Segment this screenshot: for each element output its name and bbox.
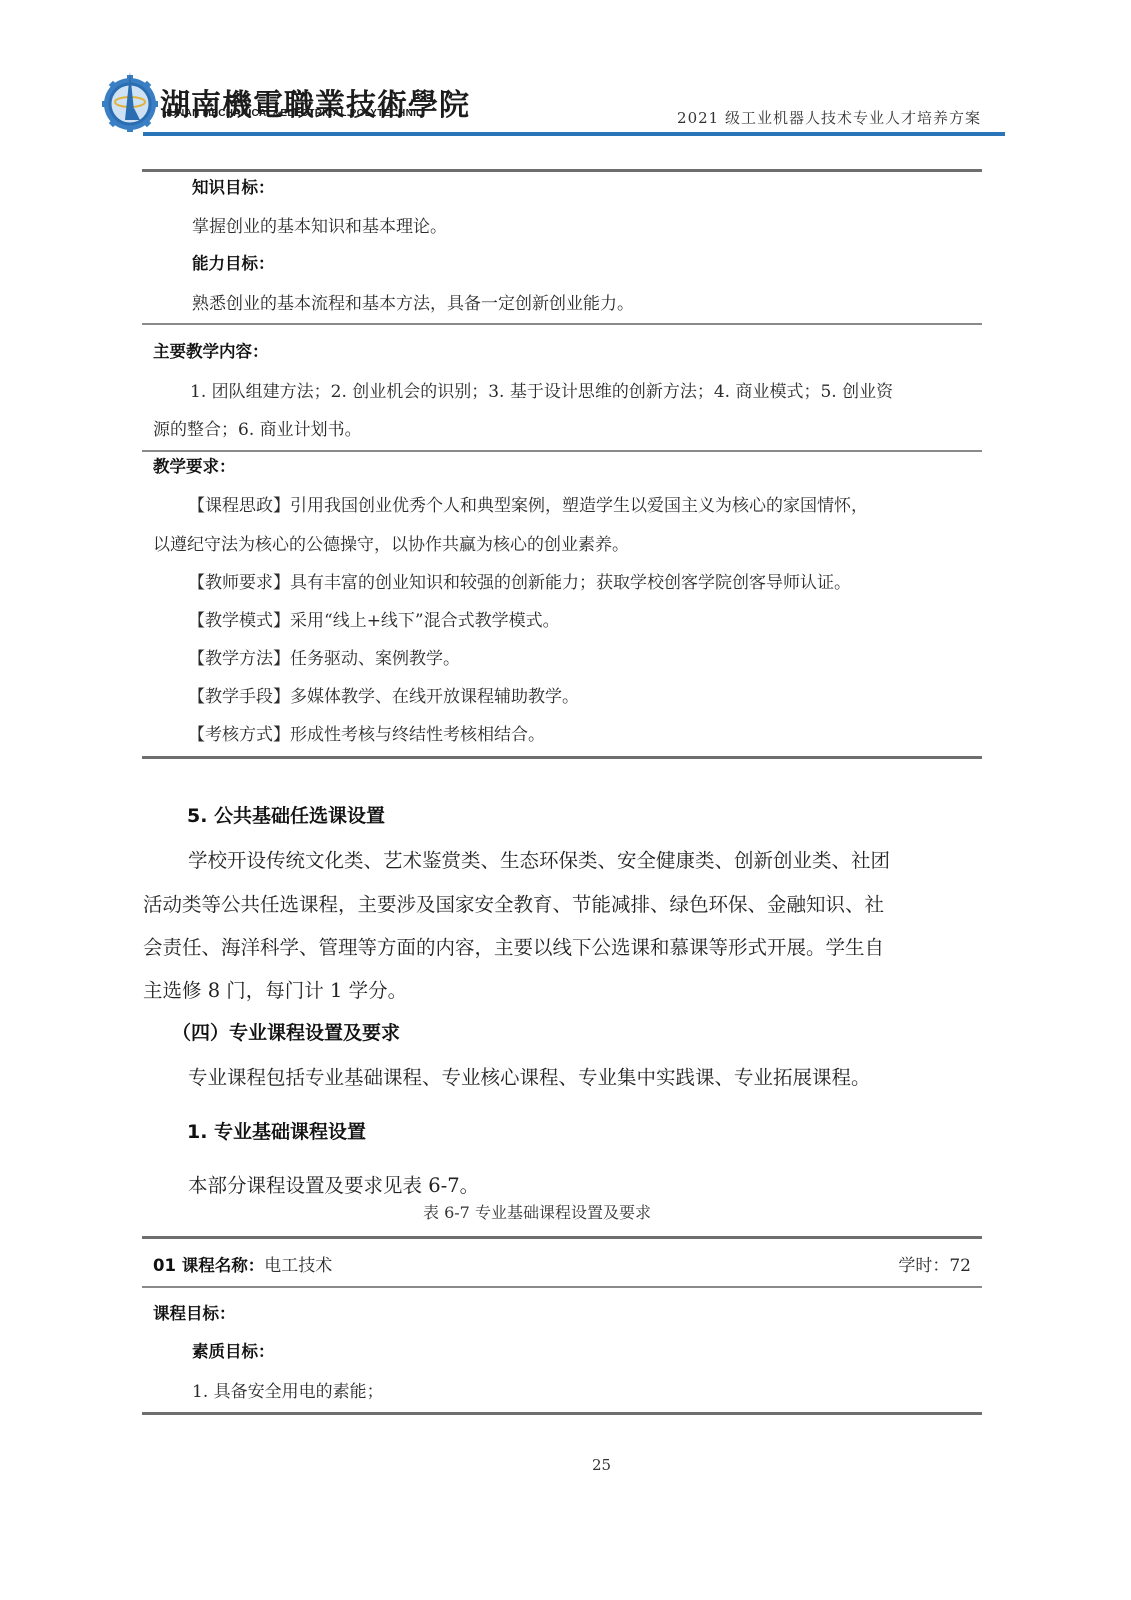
paragraph-line: 本部分课程设置及要求见表 6-7。 [188,1170,479,1198]
document-title: 2021 级工业机器人技术专业人才培养方案 [677,107,981,128]
requirement-item: 【教师要求】具有丰富的创业知识和较强的创新能力；获取学校创客学院创客导师认证。 [188,568,851,593]
ability-goal-label: 能力目标： [192,250,275,274]
hours-value: 72 [949,1256,971,1276]
table-bottom-border [142,1412,982,1415]
requirement-item-cont: 以遵纪守法为核心的公德操守，以协作共赢为核心的创业素养。 [153,530,629,555]
paragraph-line: 主选修 8 门，每门计 1 学分。 [143,975,407,1003]
table-row-divider [142,323,982,325]
paragraph-line: 学校开设传统文化类、艺术鉴赏类、生态环保类、安全健康类、创新创业类、社团 [188,845,890,873]
requirement-item: 【教学方法】任务驱动、案例教学。 [188,644,460,669]
section-heading: 5. 公共基础任选课设置 [187,801,385,828]
paragraph-line: 会责任、海洋科学、管理等方面的内容，主要以线下公选课和慕课等形式开展。学生自 [143,932,884,960]
requirement-item: 【教学模式】采用“线上+线下”混合式教学模式。 [188,606,560,631]
knowledge-goal-text: 掌握创业的基本知识和基本理论。 [192,212,447,237]
course-name-value: 电工技术 [264,1256,332,1276]
course-name-label: 01 课程名称： [153,1256,264,1275]
requirement-item: 【教学手段】多媒体教学、在线开放课程辅助教学。 [188,682,579,707]
course-hours: 学时：72 [898,1251,971,1276]
course-goal-label: 课程目标： [153,1300,236,1324]
hours-label: 学时： [898,1256,949,1276]
table-row-divider [142,1286,982,1288]
table-top-border [142,1236,982,1239]
college-emblem-icon [102,66,158,132]
teaching-content-line: 1. 团队组建方法；2. 创业机会的识别；3. 基于设计思维的创新方法；4. 商… [190,377,893,402]
table-top-border [142,169,982,172]
quality-goal-label: 素质目标： [192,1338,275,1362]
institution-name-en: HUNAN MECHANICAL&ELECTRICAL POLYTECHNIC [162,108,424,119]
teaching-content-line: 源的整合；6. 商业计划书。 [153,415,362,440]
section-heading: （四）专业课程设置及要求 [172,1018,400,1045]
section-heading: 1. 专业基础课程设置 [187,1117,366,1144]
header-divider [143,132,1005,136]
ability-goal-text: 熟悉创业的基本流程和基本方法，具备一定创新创业能力。 [192,289,634,314]
paragraph-line: 活动类等公共任选课程，主要涉及国家安全教育、节能减排、绿色环保、金融知识、社 [143,889,884,917]
paragraph-line: 专业课程包括专业基础课程、专业核心课程、专业集中实践课、专业拓展课程。 [188,1062,871,1090]
page-number: 25 [592,1456,611,1474]
quality-goal-item: 1. 具备安全用电的素能； [192,1377,384,1402]
table-row-divider [142,450,982,452]
course-title-row: 01 课程名称：电工技术 [153,1251,332,1276]
requirement-item: 【课程思政】引用我国创业优秀个人和典型案例，塑造学生以爱国主义为核心的家国情怀， [188,491,868,516]
requirement-item: 【考核方式】形成性考核与终结性考核相结合。 [188,720,545,745]
knowledge-goal-label: 知识目标： [192,174,275,198]
table-caption: 表 6-7 专业基础课程设置及要求 [423,1200,651,1223]
table-bottom-border [142,756,982,759]
teaching-requirements-label: 教学要求： [153,453,236,477]
teaching-content-label: 主要教学内容： [153,338,269,362]
